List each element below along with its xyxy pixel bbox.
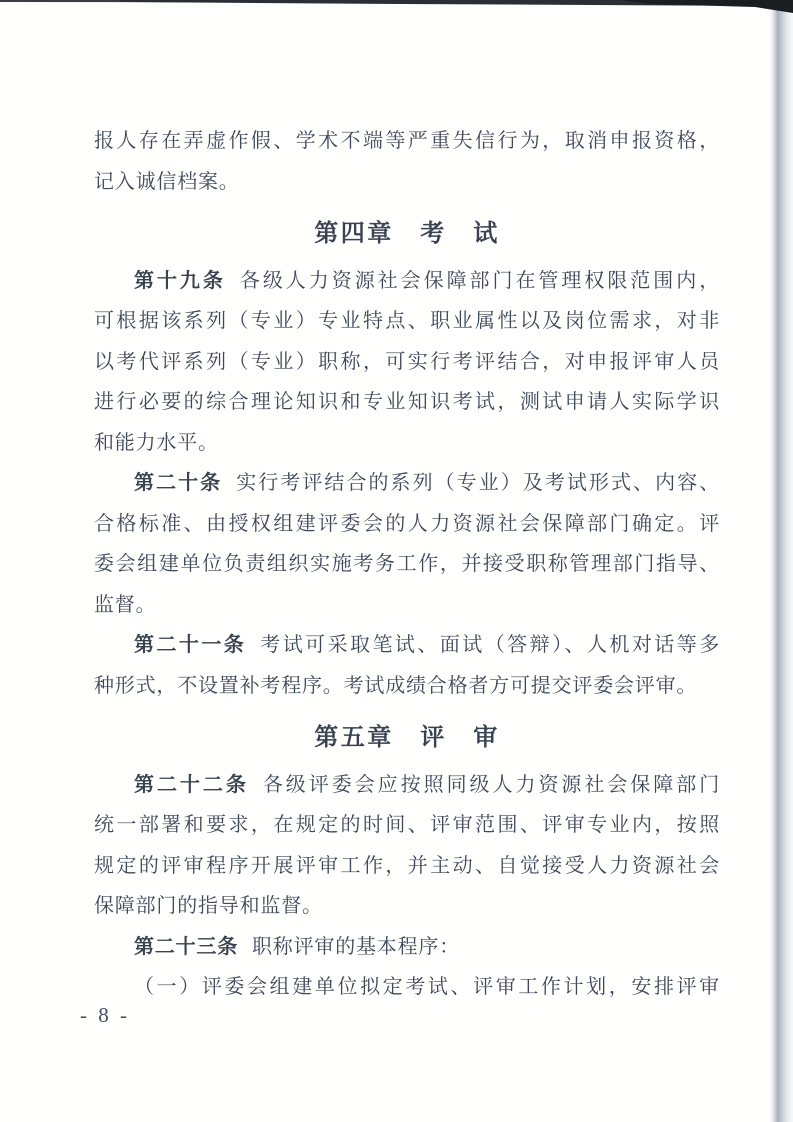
text-line: 以考代评系列（专业）职称，可实行考评结合，对申报评审人员 bbox=[94, 342, 720, 383]
article-19-paragraph: 第十九条各级人力资源社会保障部门在管理权限范围内， 可根据该系列（专业）专业特点… bbox=[94, 261, 720, 464]
chapter-4-heading: 第四章 考 试 bbox=[94, 214, 720, 255]
text-line: （一）评委会组建单位拟定考试、评审工作计划，安排评审 bbox=[94, 967, 720, 1008]
article-23-item-1-paragraph: （一）评委会组建单位拟定考试、评审工作计划，安排评审 bbox=[94, 967, 720, 1008]
continuation-paragraph: 报人存在弄虚作假、学术不端等严重失信行为，取消申报资格， 记入诚信档案。 bbox=[94, 121, 720, 202]
article-22-label: 第二十二条 bbox=[134, 774, 249, 796]
article-text: 考试可采取笔试、面试（答辩）、人机对话等多 bbox=[260, 634, 720, 656]
article-21-paragraph: 第二十一条考试可采取笔试、面试（答辩）、人机对话等多 种形式，不设置补考程序。考… bbox=[94, 625, 720, 706]
text-line: 第二十一条考试可采取笔试、面试（答辩）、人机对话等多 bbox=[94, 625, 720, 666]
article-text: 各级评委会应按照同级人力资源社会保障部门 bbox=[263, 774, 720, 796]
text-line: 规定的评审程序开展评审工作，并主动、自觉接受人力资源社会 bbox=[94, 846, 720, 887]
scanned-document-page: 报人存在弄虚作假、学术不端等严重失信行为，取消申报资格， 记入诚信档案。 第四章… bbox=[0, 0, 793, 1122]
scan-right-edge-shadow bbox=[770, 0, 793, 1122]
text-line: 第二十条实行考评结合的系列（专业）及考试形式、内容、 bbox=[94, 463, 720, 504]
article-20-paragraph: 第二十条实行考评结合的系列（专业）及考试形式、内容、 合格标准、由授权组建评委会… bbox=[94, 463, 720, 625]
text-line: 合格标准、由授权组建评委会的人力资源社会保障部门确定。评 bbox=[94, 504, 720, 545]
text-line: 可根据该系列（专业）专业特点、职业属性以及岗位需求，对非 bbox=[94, 301, 720, 342]
article-text: 各级人力资源社会保障部门在管理权限范围内， bbox=[240, 270, 720, 292]
text-line: 和能力水平。 bbox=[94, 423, 720, 464]
text-line: 记入诚信档案。 bbox=[94, 162, 720, 203]
text-line: 保障部门的指导和监督。 bbox=[94, 886, 720, 927]
article-22-paragraph: 第二十二条各级评委会应按照同级人力资源社会保障部门 统一部署和要求，在规定的时间… bbox=[94, 765, 720, 927]
text-line: 第二十二条各级评委会应按照同级人力资源社会保障部门 bbox=[94, 765, 720, 806]
article-text: 实行考评结合的系列（专业）及考试形式、内容、 bbox=[236, 472, 720, 494]
text-line: 统一部署和要求，在规定的时间、评审范围、评审专业内，按照 bbox=[94, 805, 720, 846]
scan-top-edge-artifact bbox=[0, 0, 793, 16]
text-line: 第十九条各级人力资源社会保障部门在管理权限范围内， bbox=[94, 261, 720, 302]
article-19-label: 第十九条 bbox=[134, 270, 226, 292]
text-line: 进行必要的综合理论知识和专业知识考试，测试申请人实际学识 bbox=[94, 382, 720, 423]
article-23-label: 第二十三条 bbox=[134, 936, 238, 958]
article-21-label: 第二十一条 bbox=[134, 634, 246, 656]
chapter-5-heading: 第五章 评 审 bbox=[94, 718, 720, 759]
article-20-label: 第二十条 bbox=[134, 472, 222, 494]
text-line: 委会组建单位负责组织实施考务工作，并接受职称管理部门指导、 bbox=[94, 544, 720, 585]
text-line: 监督。 bbox=[94, 585, 720, 626]
document-body: 报人存在弄虚作假、学术不端等严重失信行为，取消申报资格， 记入诚信档案。 第四章… bbox=[94, 0, 720, 1008]
text-line: 种形式，不设置补考程序。考试成绩合格者方可提交评委会评审。 bbox=[94, 666, 720, 707]
article-23-paragraph: 第二十三条职称评审的基本程序： bbox=[94, 927, 720, 968]
page-number: - 8 - bbox=[80, 1003, 130, 1028]
text-line: 报人存在弄虚作假、学术不端等严重失信行为，取消申报资格， bbox=[94, 121, 720, 162]
article-text: 职称评审的基本程序： bbox=[252, 936, 460, 958]
text-line: 第二十三条职称评审的基本程序： bbox=[94, 927, 720, 968]
